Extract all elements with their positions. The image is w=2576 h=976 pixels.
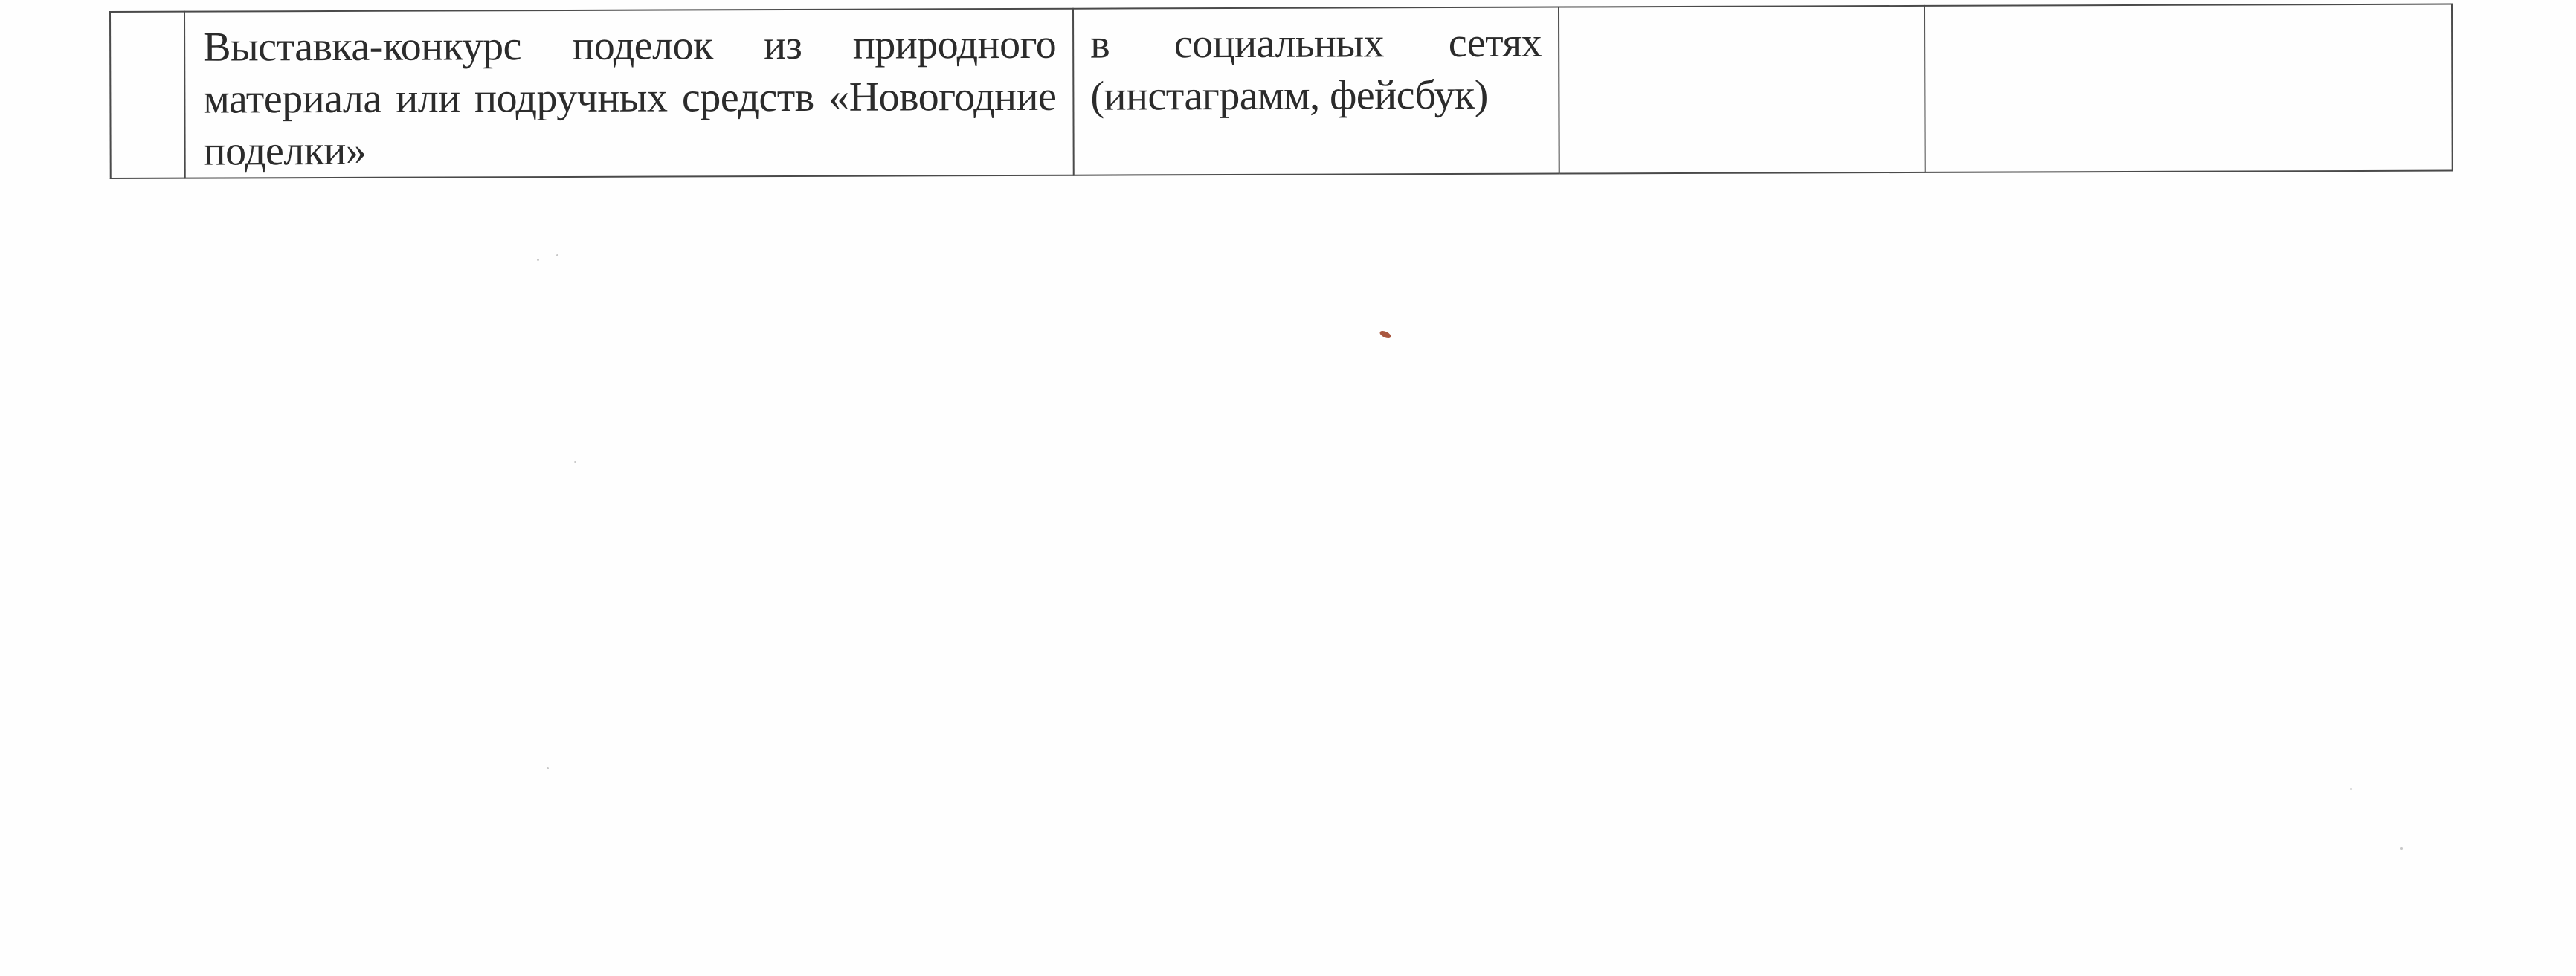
event-description: Выставка-конкурс поделок из природного м… [185,10,1073,178]
scan-dot [556,254,558,256]
cell-event: Выставка-конкурс поделок из природного м… [184,9,1074,178]
events-table: Выставка-конкурс поделок из природного м… [109,4,2453,179]
cell-responsible [1925,4,2453,172]
scan-dot [2350,788,2352,790]
scan-dot [2400,847,2403,850]
scan-dot [574,461,576,463]
cell-form: в социальных сетях (инстаграмм, фейсбук) [1073,7,1559,175]
scan-speck [1379,329,1392,340]
event-format: в социальных сетях (инстаграмм, фейсбук) [1074,8,1559,123]
scan-dot [547,767,549,769]
event-responsible [1925,5,2451,7]
event-date [1559,7,1924,8]
scanned-page: Выставка-конкурс поделок из природного м… [0,0,2576,976]
table-row: Выставка-конкурс поделок из природного м… [110,4,2453,178]
cell-date [1559,6,1925,174]
scan-dot [537,259,539,261]
table-wrapper: Выставка-конкурс поделок из природного м… [109,4,2453,179]
cell-number [110,12,185,178]
